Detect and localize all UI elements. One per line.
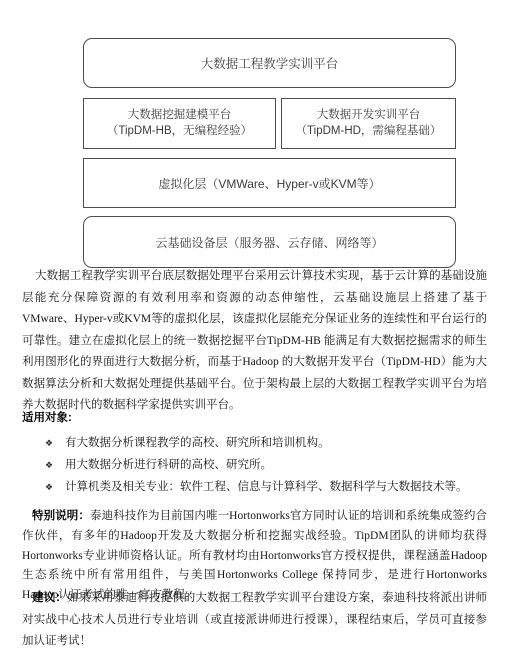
diagram-box-dev-line2: （TipDM-HD，需编程基础） (296, 124, 442, 140)
intro-paragraph: 大数据工程教学实训平台底层数据处理平台采用云计算技术实现，基于云计算的基础设施层… (22, 266, 487, 417)
diagram-box-dev-platform: 大数据开发实训平台 （TipDM-HD，需编程基础） (281, 98, 456, 149)
architecture-diagram: 大数据工程教学实训平台 大数据挖掘建模平台 （TipDM-HB，无编程经验） 大… (83, 38, 456, 268)
audience-section: 适用对象: ❖ 有大数据分析课程教学的高校、研究所和培训机构。 ❖ 用大数据分析… (22, 410, 487, 499)
suggestion-paragraph: 建议：如果采用泰迪科技提供的大数据工程教学实训平台建设方案，泰迪科技将派出讲师对… (22, 588, 487, 653)
diagram-box-cloud-infrastructure: 云基础设备层（服务器、云存储、网络等） (83, 216, 456, 268)
suggestion-text: 如果采用泰迪科技提供的大数据工程教学实训平台建设方案，泰迪科技将派出讲师对实战中… (22, 592, 487, 647)
diagram-box-cloud-label: 云基础设备层（服务器、云存储、网络等） (155, 234, 383, 251)
diagram-box-mining-line2: （TipDM-HB，无编程经验） (107, 124, 252, 140)
list-item: ❖ 用大数据分析进行科研的高校、研究所。 (22, 455, 487, 477)
diagram-box-virtualization-label: 虚拟化层（VMWare、Hyper-v或KVM等） (158, 175, 380, 192)
diagram-box-teaching-platform: 大数据工程教学实训平台 (83, 38, 456, 88)
diamond-bullet-icon: ❖ (45, 478, 65, 499)
audience-heading: 适用对象: (22, 410, 487, 426)
audience-item-text: 计算机类及相关专业：软件工程、信息与计算科学、数据科学与大数据技术等。 (65, 477, 468, 498)
audience-item-text: 用大数据分析进行科研的高校、研究所。 (65, 455, 272, 476)
list-item: ❖ 计算机类及相关专业：软件工程、信息与计算科学、数据科学与大数据技术等。 (22, 477, 487, 499)
diagram-middle-row: 大数据挖掘建模平台 （TipDM-HB，无编程经验） 大数据开发实训平台 （Ti… (83, 98, 456, 149)
list-item: ❖ 有大数据分析课程教学的高校、研究所和培训机构。 (22, 433, 487, 455)
document-page: 大数据工程教学实训平台 大数据挖掘建模平台 （TipDM-HB，无编程经验） 大… (0, 0, 507, 653)
suggestion-label: 建议： (32, 592, 67, 604)
diamond-bullet-icon: ❖ (45, 456, 65, 477)
diagram-box-virtualization-layer: 虚拟化层（VMWare、Hyper-v或KVM等） (83, 158, 456, 208)
diamond-bullet-icon: ❖ (45, 434, 65, 455)
audience-item-text: 有大数据分析课程教学的高校、研究所和培训机构。 (65, 433, 330, 454)
special-note-label: 特别说明： (32, 510, 90, 522)
diagram-box-mining-line1: 大数据挖掘建模平台 (128, 108, 232, 124)
diagram-box-dev-line1: 大数据开发实训平台 (317, 108, 421, 124)
diagram-box-mining-platform: 大数据挖掘建模平台 （TipDM-HB，无编程经验） (83, 98, 276, 149)
diagram-box-teaching-platform-label: 大数据工程教学实训平台 (201, 54, 339, 72)
